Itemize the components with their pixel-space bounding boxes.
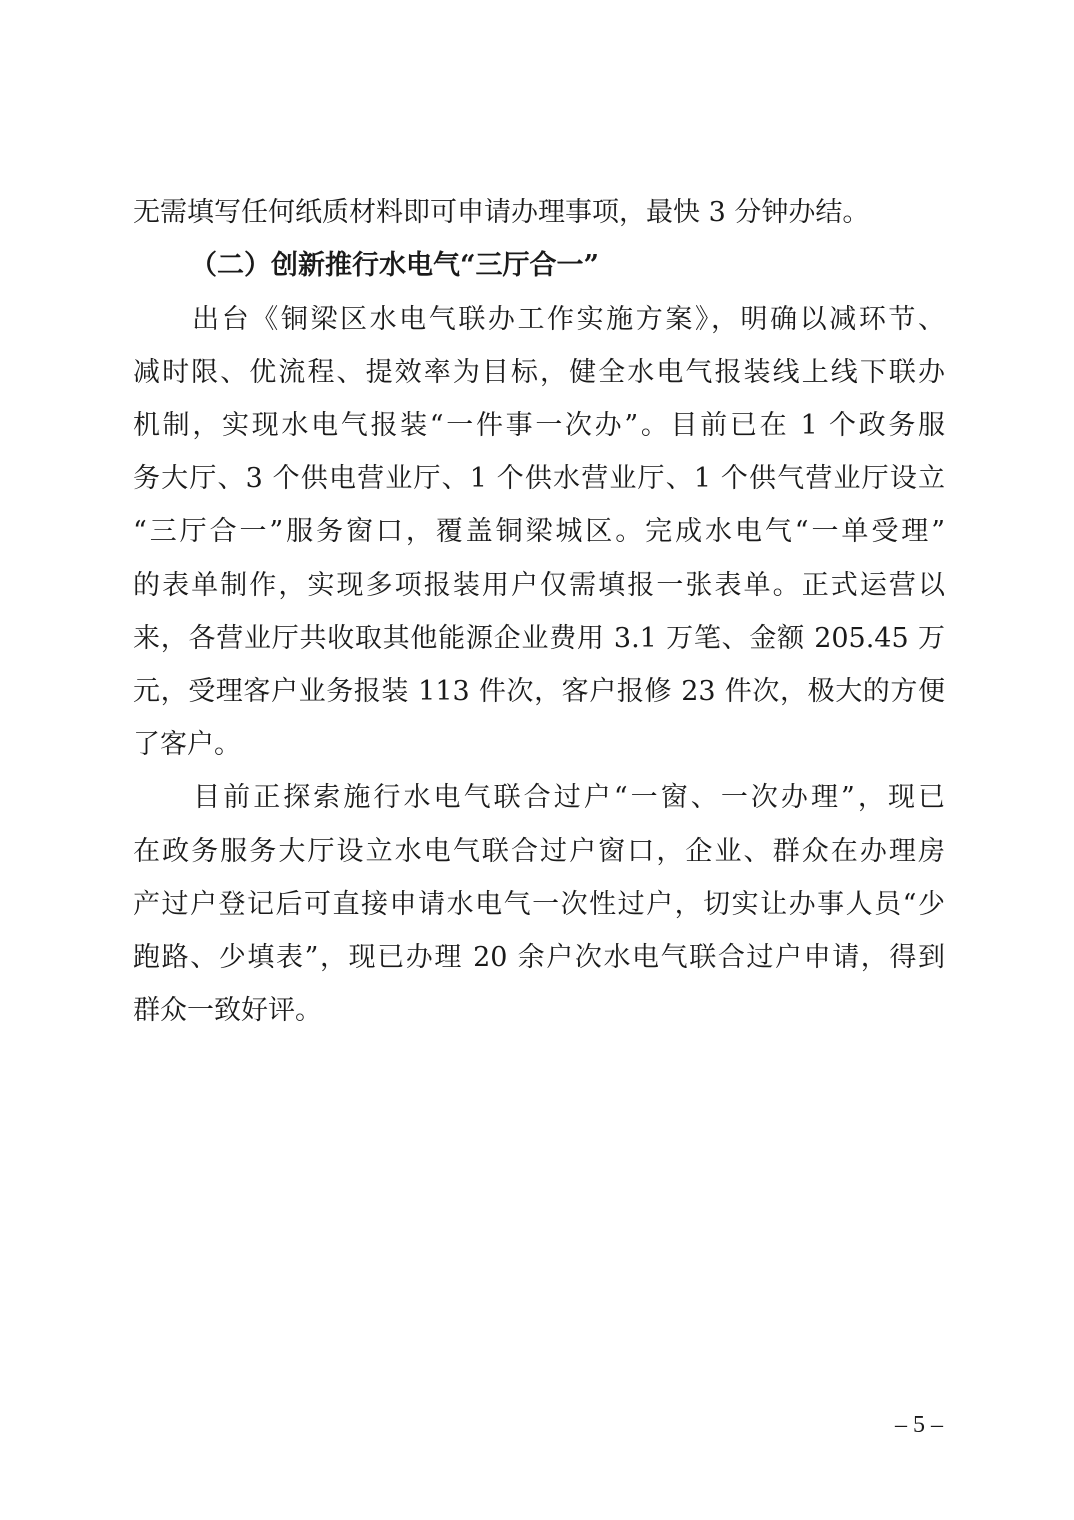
paragraph-1-line-9: 了客户。: [133, 725, 945, 765]
paragraph-2-line-3: 产过户登记后可直接申请水电气一次性过户，切实让办事人员“少: [133, 885, 945, 925]
paragraph-2-line-2: 在政务服务大厅设立水电气联合过户窗口，企业、群众在办理房: [133, 832, 945, 872]
paragraph-1-line-4: 务大厅、3 个供电营业厅、1 个供水营业厅、1 个供气营业厅设立: [133, 459, 945, 499]
paragraph-1-line-3: 机制，实现水电气报装“一件事一次办”。目前已在 1 个政务服: [133, 406, 945, 446]
paragraph-1-line-2: 减时限、优流程、提效率为目标，健全水电气报装线上线下联办: [133, 353, 945, 393]
paragraph-line-continuation: 无需填写任何纸质材料即可申请办理事项，最快 3 分钟办结。: [133, 193, 945, 233]
paragraph-1-line-8: 元，受理客户业务报装 113 件次，客户报修 23 件次，极大的方便: [133, 672, 945, 712]
paragraph-1-line-6: 的表单制作，实现多项报装用户仅需填报一张表单。正式运营以: [133, 566, 945, 606]
document-page: 无需填写任何纸质材料即可申请办理事项，最快 3 分钟办结。 （二）创新推行水电气…: [0, 0, 1074, 1520]
paragraph-1-line-1: 出台《铜梁区水电气联办工作实施方案》，明确以减环节、: [133, 300, 945, 340]
paragraph-2-line-4: 跑路、少填表”，现已办理 20 余户次水电气联合过户申请，得到: [133, 938, 945, 978]
section-heading: （二）创新推行水电气“三厅合一”: [190, 246, 599, 286]
page-number: – 5 –: [895, 1410, 943, 1440]
paragraph-2-line-5: 群众一致好评。: [133, 991, 945, 1031]
paragraph-1-line-5: “三厅合一”服务窗口，覆盖铜梁城区。完成水电气“一单受理”: [133, 512, 945, 552]
paragraph-1-line-7: 来，各营业厅共收取其他能源企业费用 3.1 万笔、金额 205.45 万: [133, 619, 945, 659]
paragraph-2-line-1: 目前正探索施行水电气联合过户“一窗、一次办理”，现已: [133, 778, 945, 818]
